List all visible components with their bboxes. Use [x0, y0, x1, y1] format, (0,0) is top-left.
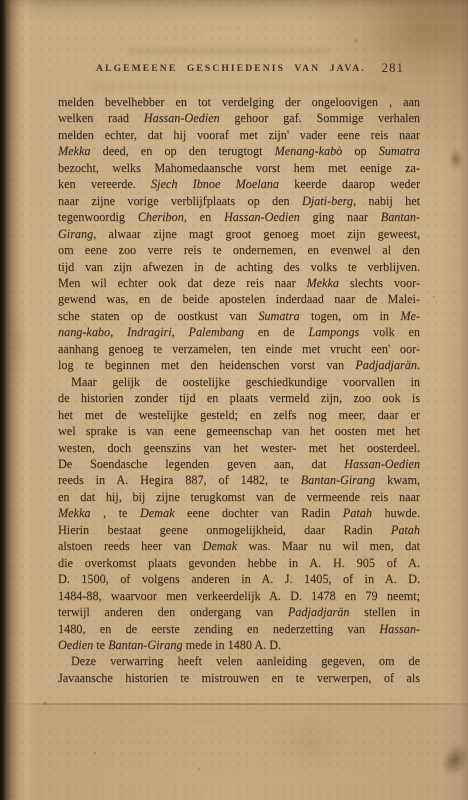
text-run: D. 1500, of volgens anderen in A. J. 140…: [58, 572, 420, 586]
text-line: gewend was, en de beide apostelen inderd…: [58, 291, 420, 307]
book-page-photo: ALGEMEENE GESCHIEDENIS VAN JAVA. 281 mel…: [0, 0, 468, 800]
italic-text-run: Me-: [400, 309, 420, 323]
text-run: eene dochter van Radin: [174, 506, 342, 520]
text-line: alstoen reeds heer van Demak was. Maar n…: [58, 538, 420, 554]
italic-text-run: Hassan-Oedien: [144, 111, 220, 125]
text-run: aanhang genoeg te verzamelen, ten einde …: [58, 342, 420, 356]
text-line: Girang, alwaar zijne magt groot genoeg m…: [58, 226, 420, 242]
text-line: de historien zonder tijd en plaats verme…: [58, 390, 420, 406]
italic-text-run: Mekka: [307, 276, 339, 290]
text-run: log te beginnen met den heidenschen vors…: [58, 358, 355, 372]
text-run: ,: [110, 325, 127, 339]
text-run: westen, doch geenszins van het wester- m…: [58, 441, 420, 455]
italic-text-run: Patah: [391, 523, 420, 537]
italic-text-run: Sumatra: [379, 144, 420, 158]
italic-text-run: Hassan-Oedien: [344, 457, 420, 471]
text-run: het met de westelijke gesteld; en zelfs …: [58, 408, 420, 422]
text-run: Maar gelijk de oostelijke geschiedkundig…: [71, 375, 420, 389]
text-line: 1484-88, waarvoor men verkeerdelijk A. D…: [58, 588, 420, 604]
text-line: wel sprake is van eene gemeenschap van h…: [58, 423, 420, 439]
text-run: om eene zoo verre reis te ondernemen, en…: [58, 243, 420, 257]
text-run: sche staten op de oostkust van: [58, 309, 258, 323]
italic-text-run: nang-kabo: [58, 325, 110, 339]
text-run: ken vereerde.: [58, 177, 151, 191]
italic-text-run: Indragiri: [127, 325, 172, 339]
text-run: stellen in: [349, 605, 420, 619]
text-run: volk en: [359, 325, 420, 339]
text-run: ging naar: [300, 210, 381, 224]
text-line: om eene zoo verre reis te ondernemen, en…: [58, 242, 420, 258]
text-line: sche staten op de oostkust van Sumatra t…: [58, 308, 420, 324]
text-run: gewend was, en de beide apostelen inderd…: [58, 292, 420, 306]
text-run: , te: [90, 506, 139, 520]
italic-text-run: Sumatra: [258, 309, 299, 323]
page-below-shade: [0, 705, 468, 800]
text-run: kwam,: [375, 473, 420, 487]
text-line: Javaansche historien te mistrouwen en te…: [58, 670, 420, 686]
text-run: reeds in A. Hegira 887, of 1482, te: [58, 473, 301, 487]
text-run: melden echter, dat hij vooraf met zijn' …: [58, 128, 420, 142]
binding-gutter-highlight: [14, 0, 36, 800]
text-run: de historien zonder tijd en plaats verme…: [58, 391, 420, 405]
text-run: die overkomst plaats gevonden hebbe in A…: [58, 556, 420, 570]
italic-text-run: Bantan-Girang: [108, 638, 182, 652]
text-run: te: [93, 638, 108, 652]
italic-text-run: Hassan-: [379, 622, 420, 636]
text-run: slechts voor-: [339, 276, 420, 290]
text-line: reeds in A. Hegira 887, of 1482, te Bant…: [58, 472, 420, 488]
page-header: ALGEMEENE GESCHIEDENIS VAN JAVA. 281: [58, 60, 420, 78]
text-line: 1480, en de eerste zending en nederzetti…: [58, 621, 420, 637]
italic-text-run: Bantan-Girang: [301, 473, 375, 487]
text-run: op: [342, 144, 378, 158]
text-line: tijd van zijn afwezen in de achting des …: [58, 259, 420, 275]
paper-specks: [0, 0, 2, 2]
text-line: ken vereerde. Sjech Ibnoe Moelana keerde…: [58, 176, 420, 192]
text-line: Mekka , te Demak eene dochter van Radin …: [58, 505, 420, 521]
text-run: gehoor gaf. Sommige verhalen: [220, 111, 420, 125]
text-line: Men wil echter ook dat deze reis naar Me…: [58, 275, 420, 291]
text-line: melden echter, dat hij vooraf met zijn' …: [58, 127, 420, 143]
text-line: westen, doch geenszins van het wester- m…: [58, 440, 420, 456]
text-line: Maar gelijk de oostelijke geschiedkundig…: [58, 374, 420, 390]
text-line: Oedien te Bantan-Girang mede in 1480 A. …: [58, 637, 420, 653]
italic-text-run: Djati-berg: [302, 194, 353, 208]
italic-text-run: Demak: [140, 506, 175, 520]
text-run: ,: [172, 325, 189, 339]
show-through-ghost: [90, 84, 390, 90]
binding-gutter-shadow: [0, 0, 40, 800]
text-run: .: [417, 358, 420, 372]
text-run: tijd van zijn afwezen in de achting des …: [58, 260, 420, 274]
text-line: die overkomst plaats gevonden hebbe in A…: [58, 555, 420, 571]
italic-text-run: Patah: [343, 506, 372, 520]
text-run: 1484-88, waarvoor men verkeerdelijk A. D…: [58, 589, 420, 603]
text-run: , en: [184, 210, 224, 224]
text-line: bezocht, welks Mahomedaansche vorst hem …: [58, 160, 420, 176]
italic-text-run: Cheribon: [138, 210, 184, 224]
text-line: log te beginnen met den heidenschen vors…: [58, 357, 420, 373]
italic-text-run: Hassan-Oedien: [224, 210, 300, 224]
text-run: 1480, en de eerste zending en nederzetti…: [58, 622, 379, 636]
text-run: melden bevelhebber en tot verdelging der…: [58, 95, 420, 109]
italic-text-run: Girang: [58, 227, 93, 241]
italic-text-run: Sjech Ibnoe Moelana: [151, 177, 279, 191]
running-title: ALGEMEENE GESCHIEDENIS VAN JAVA.: [96, 63, 366, 74]
text-line: naar zijne vorige verblijfplaats op den …: [58, 193, 420, 209]
text-run: Hierin bestaat geene onmogelijkheid, daa…: [58, 523, 391, 537]
text-line: Mekka deed, en op den terugtogt Menang-k…: [58, 143, 420, 159]
text-run: bezocht, welks Mahomedaansche vorst hem …: [58, 161, 420, 175]
text-run: was. Maar nu wil men, dat: [237, 539, 420, 553]
text-run: deed, en op den terugtogt: [90, 144, 274, 158]
text-run: wel sprake is van eene gemeenschap van h…: [58, 424, 420, 438]
text-run: welken raad: [58, 111, 144, 125]
paper-stain: [448, 148, 464, 170]
italic-text-run: Mekka: [58, 506, 90, 520]
italic-text-run: Demak: [203, 539, 238, 553]
paper-stain: [6, 300, 32, 390]
italic-text-run: Oedien: [58, 638, 93, 652]
text-run: mede in 1480 A. D.: [183, 638, 282, 652]
italic-text-run: Palembang: [189, 325, 245, 339]
text-line: melden bevelhebber en tot verdelging der…: [58, 94, 420, 110]
text-run: terwijl anderen den ondergang van: [58, 605, 288, 619]
text-run: alstoen reeds heer van: [58, 539, 203, 553]
text-line: Deze verwarring heeft velen aanleiding g…: [58, 653, 420, 669]
text-run: huwde.: [372, 506, 420, 520]
text-run: en dat hij, bij zijne terugkomst van de …: [58, 490, 420, 504]
text-run: Javaansche historien te mistrouwen en te…: [58, 671, 420, 685]
text-run: , nabij het: [353, 194, 420, 208]
italic-text-run: Bantan-: [381, 210, 420, 224]
text-line: en dat hij, bij zijne terugkomst van de …: [58, 489, 420, 505]
text-run: Men wil echter ook dat deze reis naar: [58, 276, 307, 290]
italic-text-run: Menang-kabò: [275, 144, 343, 158]
text-run: tegenwoordig: [58, 210, 138, 224]
text-block: melden bevelhebber en tot verdelging der…: [58, 94, 420, 686]
text-line: tegenwoordig Cheribon, en Hassan-Oedien …: [58, 209, 420, 225]
show-through-ghost: [128, 48, 328, 55]
text-run: togen, om in: [300, 309, 401, 323]
text-run: Deze verwarring heeft velen aanleiding g…: [71, 654, 420, 668]
text-line: De Soendasche legenden geven aan, dat Ha…: [58, 456, 420, 472]
text-run: , alwaar zijne magt groot genoeg moet zi…: [93, 227, 420, 241]
italic-text-run: Mekka: [58, 144, 90, 158]
text-line: nang-kabo, Indragiri, Palembang en de La…: [58, 324, 420, 340]
text-line: het met de westelijke gesteld; en zelfs …: [58, 407, 420, 423]
text-line: terwijl anderen den ondergang van Padjad…: [58, 604, 420, 620]
text-line: D. 1500, of volgens anderen in A. J. 140…: [58, 571, 420, 587]
italic-text-run: Padjadjarän: [288, 605, 350, 619]
italic-text-run: Lampongs: [308, 325, 359, 339]
text-run: en de: [244, 325, 308, 339]
text-run: De Soendasche legenden geven aan, dat: [58, 457, 344, 471]
italic-text-run: Padjadjarän: [355, 358, 417, 372]
text-line: Hierin bestaat geene onmogelijkheid, daa…: [58, 522, 420, 538]
text-run: keerde daarop weder: [279, 177, 420, 191]
text-line: aanhang genoeg te verzamelen, ten einde …: [58, 341, 420, 357]
text-line: welken raad Hassan-Oedien gehoor gaf. So…: [58, 110, 420, 126]
text-run: naar zijne vorige verblijfplaats op den: [58, 194, 302, 208]
